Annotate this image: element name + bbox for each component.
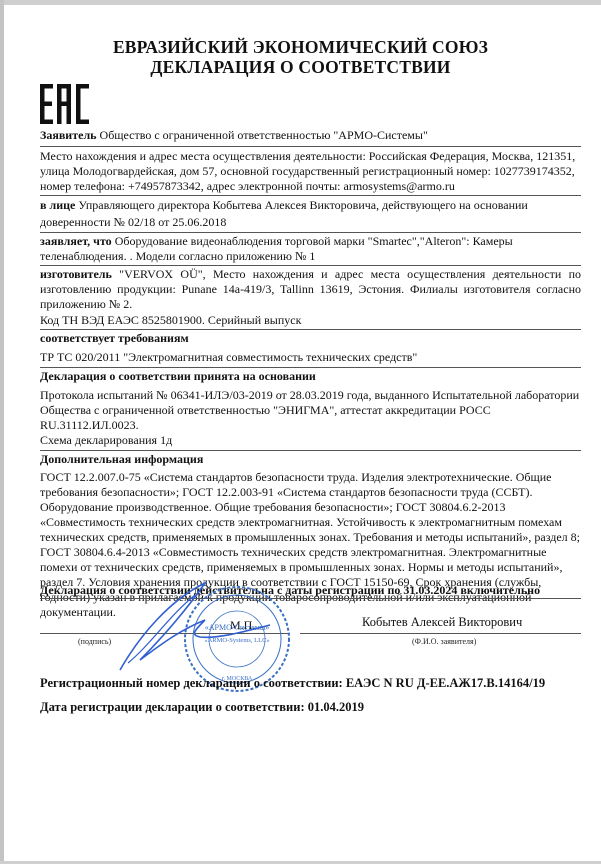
complies-label: соответствует требованиям: [40, 331, 581, 346]
applicant-section: Заявитель Общество с ограниченной ответс…: [40, 128, 581, 143]
divider: [40, 450, 581, 451]
declaration-scheme: Схема декларирования 1д: [40, 433, 581, 448]
divider: [40, 329, 581, 330]
represented-value: Управляющего директора Кобытева Алексея …: [40, 198, 528, 229]
manufacturer-label: изготовитель: [40, 267, 112, 281]
declares-section: заявляет, что Оборудование видеонаблюден…: [40, 234, 581, 264]
complies-value: ТР ТС 020/2011 "Электромагнитная совмест…: [40, 350, 581, 365]
complies-section: соответствует требованиям ТР ТС 020/2011…: [40, 331, 581, 365]
represented-section: в лице Управляющего директора Кобытева А…: [40, 197, 581, 231]
eac-mark-icon: [40, 84, 90, 124]
page-border-left: [0, 0, 4, 864]
basis-section: Декларация о соответствии принята на осн…: [40, 369, 581, 448]
code-text: Код ТН ВЭД ЕАЭС 8525801900. Серийный вып…: [40, 313, 301, 327]
manufacturer-value: "VERVOX OÜ", Место нахождения и адрес ме…: [40, 267, 581, 311]
location-section: Место нахождения и адрес места осуществл…: [40, 149, 581, 194]
handwritten-signature-icon: [110, 575, 300, 675]
divider: [40, 195, 581, 196]
divider: [40, 367, 581, 368]
page-border-top: [0, 0, 601, 5]
represented-label: в лице: [40, 198, 75, 212]
location-text: Место нахождения и адрес места осуществл…: [40, 149, 575, 193]
declares-value: Оборудование видеонаблюдения торговой ма…: [40, 234, 513, 263]
applicant-value: Общество с ограниченной ответственностью…: [97, 128, 428, 142]
divider: [40, 232, 581, 233]
signature-caption: (подпись): [78, 637, 111, 646]
name-line: [300, 633, 581, 634]
registration-date: Дата регистрации декларации о соответств…: [40, 700, 581, 715]
code-section: Код ТН ВЭД ЕАЭС 8525801900. Серийный вып…: [40, 313, 581, 328]
manufacturer-section: изготовитель "VERVOX OÜ", Место нахожден…: [40, 267, 581, 312]
union-title: ЕВРАЗИЙСКИЙ ЭКОНОМИЧЕСКИЙ СОЮЗ: [0, 37, 601, 58]
registration-number: Регистрационный номер декларации о соотв…: [40, 676, 581, 691]
divider: [40, 265, 581, 266]
applicant-name: Кобытев Алексей Викторович: [362, 615, 522, 630]
divider: [40, 146, 581, 147]
name-caption: (Ф.И.О. заявителя): [412, 637, 476, 646]
basis-label: Декларация о соответствии принята на осн…: [40, 369, 581, 384]
declares-label: заявляет, что: [40, 234, 112, 248]
basis-value: Протокола испытаний № 06341-ИЛЭ/03-2019 …: [40, 388, 581, 433]
additional-label: Дополнительная информация: [40, 452, 581, 467]
declaration-title: ДЕКЛАРАЦИЯ О СООТВЕТСТВИИ: [0, 57, 601, 78]
applicant-label: Заявитель: [40, 128, 97, 142]
